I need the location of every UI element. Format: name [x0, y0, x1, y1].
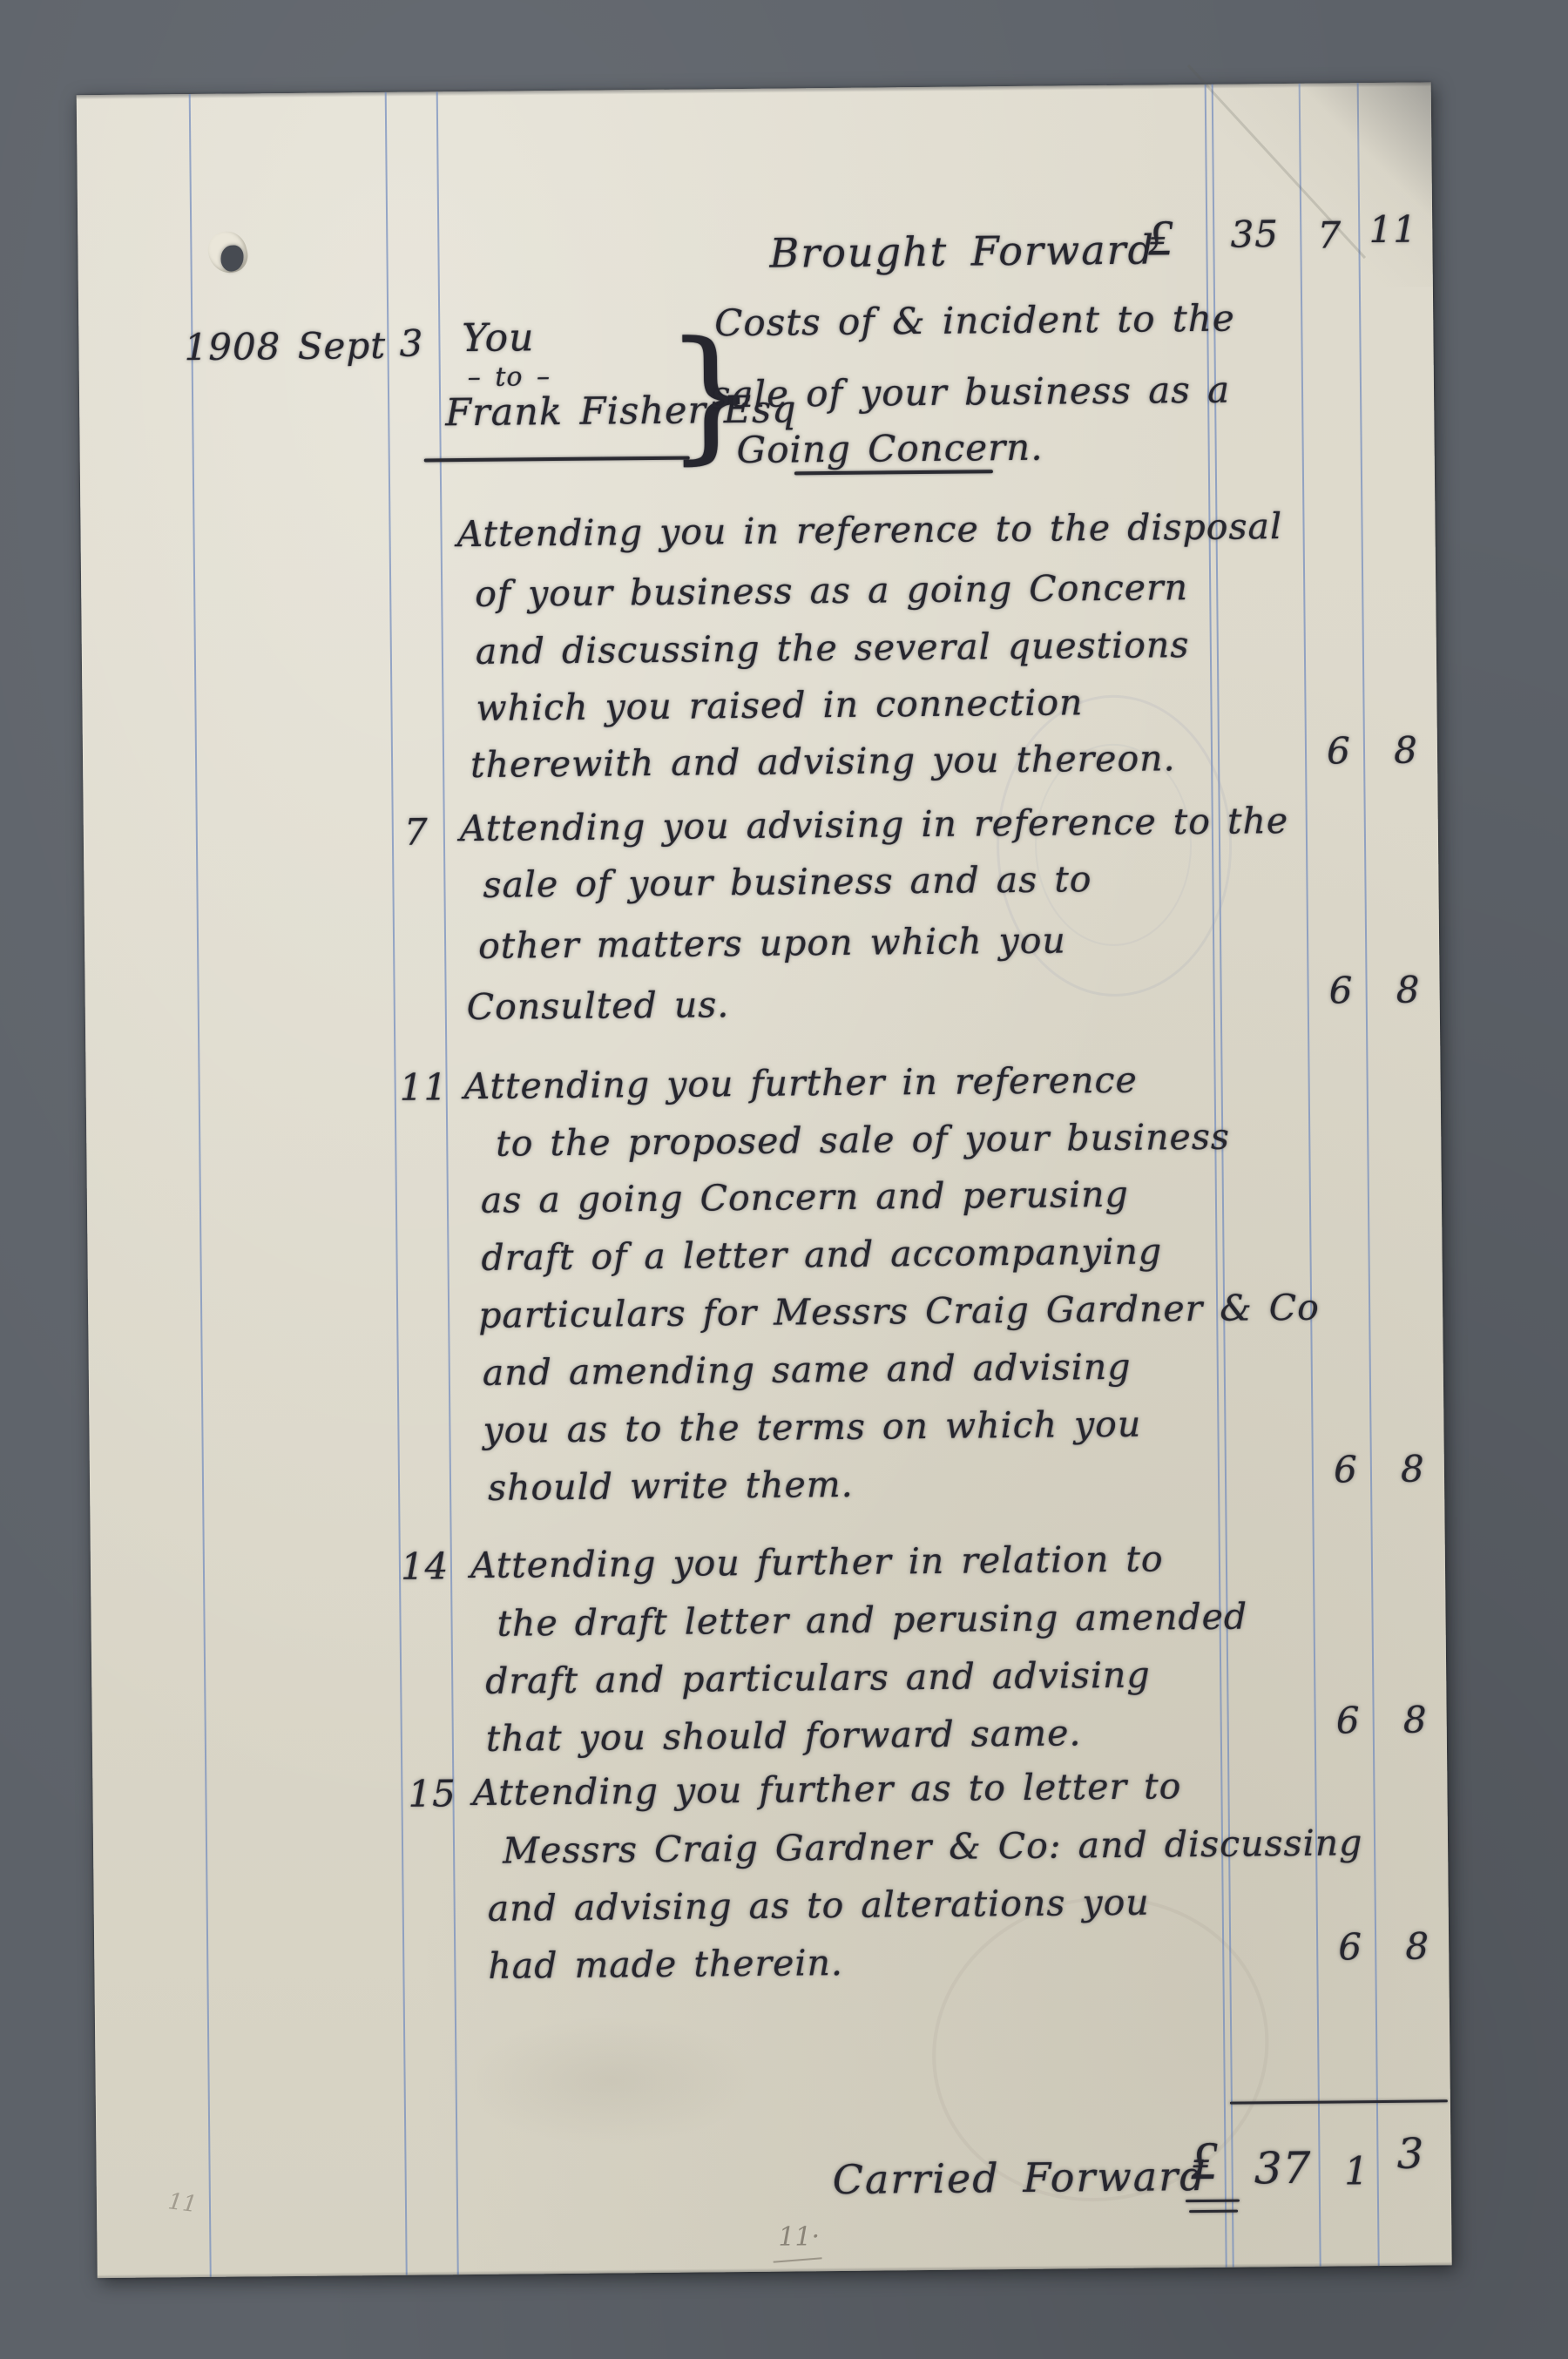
entry-line: sale of your business and as to — [483, 862, 1092, 903]
party-you: You — [462, 319, 534, 358]
folded-corner-shading — [1213, 82, 1433, 288]
entry-line: Attending you advising in reference to t… — [460, 803, 1289, 847]
carried-forward-pence: 3 — [1377, 2133, 1443, 2175]
brought-forward-shillings: 7 — [1303, 217, 1355, 254]
entry-line: particulars for Messrs Craig Gardner & C… — [478, 1290, 1320, 1334]
matter-underline — [794, 470, 993, 475]
total-rule — [1230, 2099, 1448, 2104]
entry-line: you as to the terms on which you — [483, 1407, 1141, 1449]
entry-day-3: 3 — [392, 325, 430, 362]
entry-line: which you raised in connection — [476, 685, 1083, 727]
brought-forward-currency-sign: ₤ — [1147, 212, 1174, 262]
carried-forward-pounds: 37 — [1251, 2146, 1314, 2191]
party-underline — [424, 456, 690, 463]
entry-day-7: 7 — [397, 814, 436, 850]
entry-date: 1908 Sept — [184, 328, 386, 366]
margin-rule — [189, 94, 212, 2277]
shillings-column-rule — [1299, 84, 1321, 2267]
entry-line: Attending you further in relation to — [470, 1541, 1164, 1584]
carried-forward-shillings: 1 — [1330, 2153, 1382, 2192]
currency-underline-a — [1186, 2200, 1240, 2203]
ledger-page: Brought Forward ₤ 35 7 11 1908 Sept 3 Yo… — [77, 82, 1452, 2278]
amount-shillings: 6 — [1324, 1929, 1376, 1966]
party-to: – to – — [468, 364, 551, 391]
entry-line: Attending you further as to letter to — [472, 1768, 1181, 1811]
amount-shillings: 6 — [1313, 733, 1365, 770]
entry-line: draft of a letter and accompanying — [481, 1234, 1162, 1276]
entry-line: Attending you in reference to the dispos… — [456, 509, 1282, 552]
brought-forward-label: Brought Forward — [769, 229, 1155, 273]
entry-line: Messrs Craig Gardner & Co: and discussin… — [503, 1825, 1363, 1869]
currency-underline-b — [1189, 2210, 1238, 2214]
entry-line: should write them. — [488, 1467, 854, 1506]
entry-day-15: 15 — [408, 1775, 451, 1812]
brought-forward-pence: 11 — [1360, 211, 1426, 248]
brought-forward-pounds: 35 — [1223, 216, 1286, 253]
entry-line: and amending same and advising — [483, 1349, 1132, 1391]
matter-line: Costs of & incident to the — [714, 301, 1235, 342]
entry-line: had made therein. — [488, 1945, 843, 1984]
pencil-folio-underline — [774, 2257, 822, 2262]
amount-pence: 8 — [1384, 1450, 1442, 1488]
amount-pence: 8 — [1377, 732, 1435, 769]
entry-line: to the proposed sale of your business — [496, 1119, 1230, 1162]
matter-line: Going Concern. — [736, 429, 1043, 469]
day-column-rule-left — [385, 92, 408, 2275]
entry-line: the draft letter and perusing amended — [497, 1599, 1247, 1641]
pencil-corner-note: 11 — [166, 2190, 198, 2216]
entry-line: Consulted us. — [467, 987, 730, 1025]
entry-line: and advising as to alterations you — [488, 1885, 1150, 1927]
entry-line: draft and particulars and advising — [485, 1658, 1151, 1700]
amount-pence: 8 — [1386, 1701, 1443, 1739]
scan-mat-background: Brought Forward ₤ 35 7 11 1908 Sept 3 Yo… — [0, 0, 1568, 2359]
ghost-impression-smudge — [461, 2014, 758, 2147]
entry-line: therewith and advising you thereon. — [470, 740, 1176, 783]
amount-shillings: 6 — [1315, 972, 1367, 1010]
entry-day-11: 11 — [399, 1069, 437, 1105]
amount-shillings: 6 — [1321, 1702, 1374, 1740]
pencil-folio-note: 11· — [778, 2224, 820, 2250]
entry-line: of your business as a going Concern — [475, 570, 1188, 612]
carried-forward-label: Carried Forward — [833, 2156, 1207, 2200]
entry-line: as a going Concern and perusing — [481, 1177, 1129, 1219]
amount-shillings: 6 — [1320, 1451, 1372, 1489]
amount-pence: 8 — [1379, 971, 1436, 1009]
entry-line: other matters upon which you — [478, 923, 1066, 963]
entry-line: Attending you further in reference — [463, 1063, 1138, 1105]
amount-pence: 8 — [1389, 1928, 1446, 1965]
matter-line: sale of your business as a — [712, 372, 1231, 414]
entry-line: and discussing the several questions — [476, 627, 1190, 670]
entry-line: that you should forward same. — [486, 1715, 1082, 1757]
entry-day-14: 14 — [401, 1548, 444, 1585]
carried-forward-currency-sign: ₤ — [1190, 2133, 1219, 2187]
